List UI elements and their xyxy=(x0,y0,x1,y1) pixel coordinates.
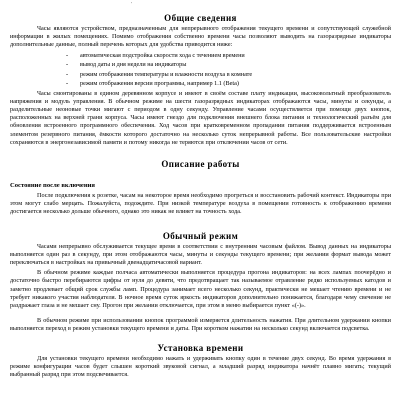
subheading-power-on-state: Состояние после включения xyxy=(10,182,391,190)
bullet-dash: - xyxy=(66,60,68,69)
para-button-presses: В обычном режиме при использовании кнопо… xyxy=(10,317,391,333)
list-item-text: режим отображения версии программы, напр… xyxy=(80,80,239,87)
list-item: - режим отображения температуры и влажно… xyxy=(66,70,391,79)
document-page: · Общие сведения Часы являются устройств… xyxy=(0,0,400,400)
list-item-text: вывод даты и дня недели на индикаторы xyxy=(80,61,186,68)
bullet-dash: - xyxy=(66,79,68,88)
page-top-mark: · xyxy=(131,1,132,5)
bullet-dash: - xyxy=(66,70,68,79)
heading-operation: Описание работы xyxy=(10,159,391,169)
para-cathode-cycling: В обычном режиме каждые полчаса автомати… xyxy=(10,269,391,309)
para-normal-timekeeping: Часами непрерывно обслуживается текущее … xyxy=(10,243,391,267)
heading-time-setting: Установка времени xyxy=(10,343,391,353)
list-item-text: автоматическая подстройка скорости хода … xyxy=(80,52,245,59)
bullet-dash: - xyxy=(66,51,68,60)
para-construction: Часы смонтированы в едином деревянном ко… xyxy=(10,90,391,147)
list-item: - режим отображения версии программы, на… xyxy=(66,79,391,88)
heading-general-info: Общие сведения xyxy=(10,13,391,23)
heading-normal-mode: Обычный режим xyxy=(10,231,391,241)
feature-list: - автоматическая подстройка скорости ход… xyxy=(10,51,391,88)
list-item: - вывод даты и дня недели на индикаторы xyxy=(66,60,391,69)
list-item-text: режим отображения температуры и влажност… xyxy=(80,71,252,78)
list-item: - автоматическая подстройка скорости ход… xyxy=(66,51,391,60)
para-power-on: После подключения к розетке, часам на не… xyxy=(10,192,391,216)
para-time-setting: Для установки текущего времени необходим… xyxy=(10,355,391,379)
para-general-intro: Часы являются устройством, предназначенн… xyxy=(10,25,391,49)
